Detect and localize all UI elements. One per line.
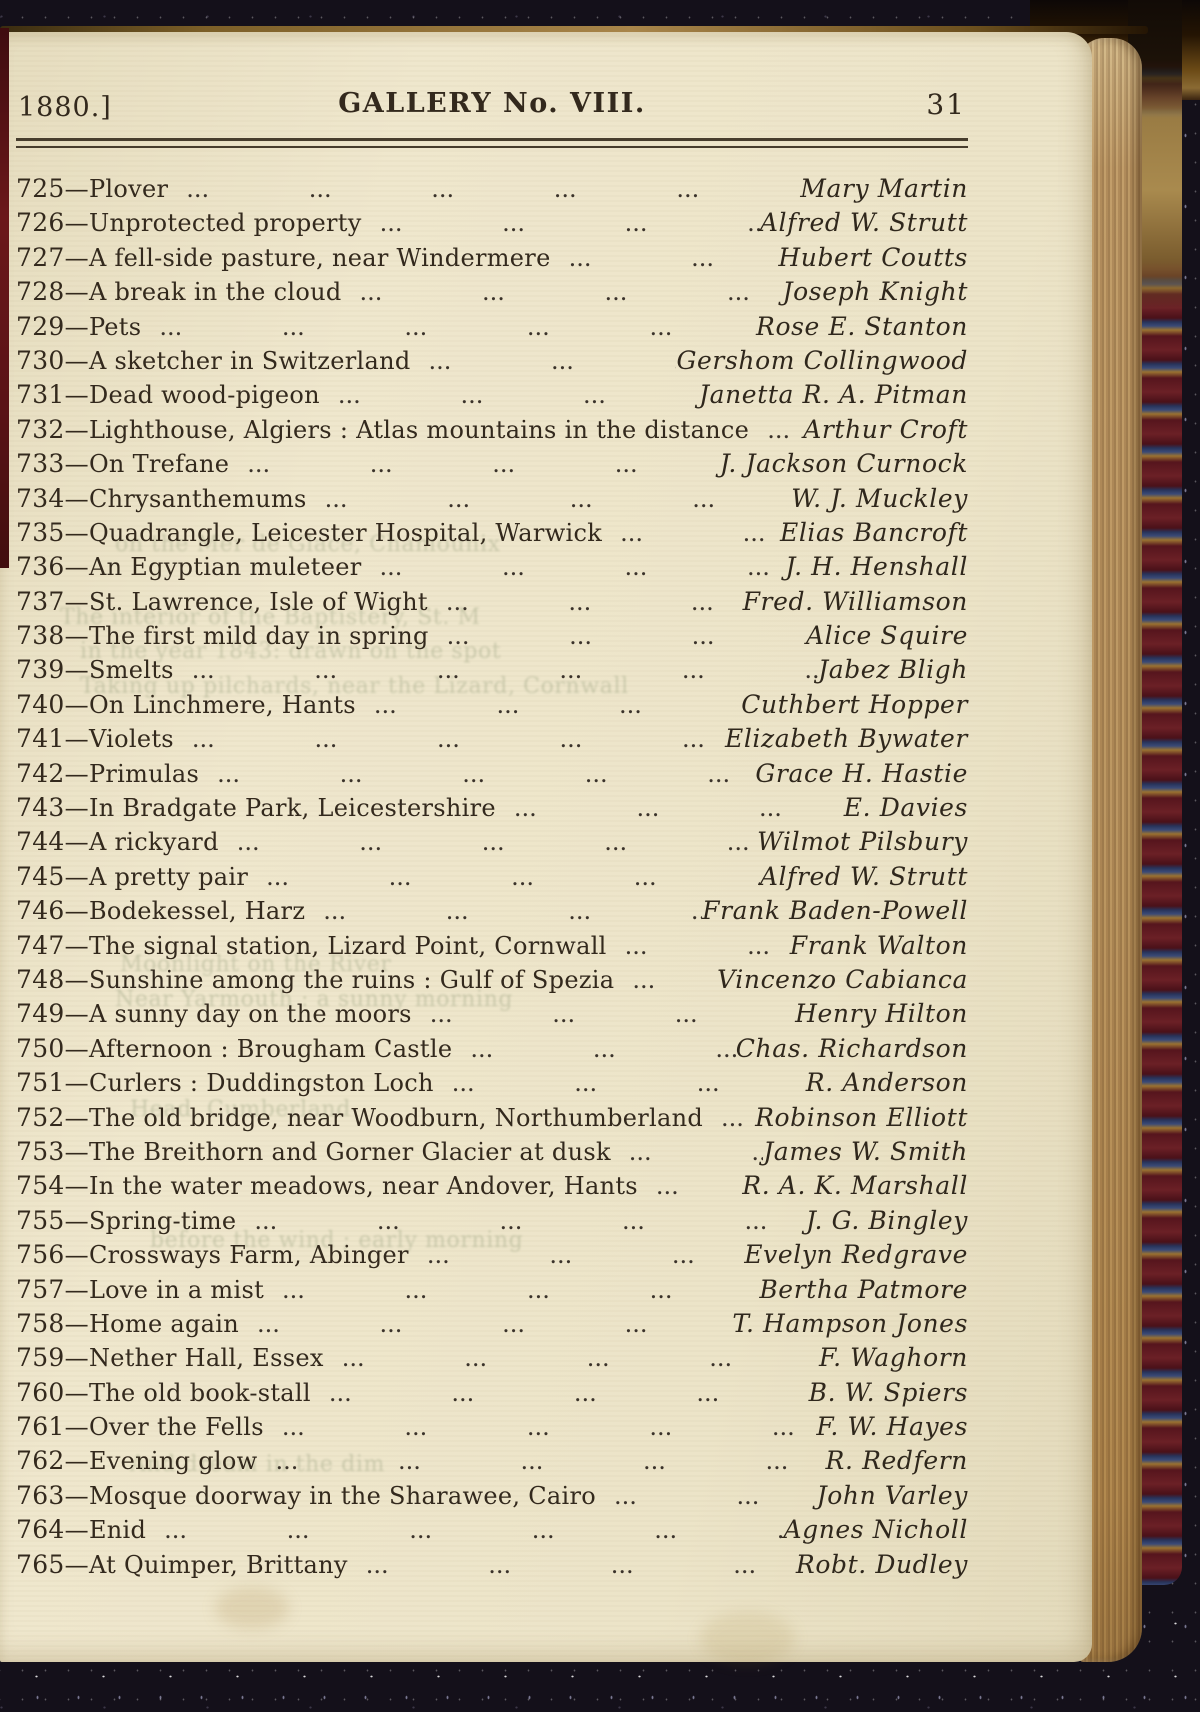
dot-leader: ... ... ... ... ... ... ... ... ... ... xyxy=(305,897,702,925)
dot-leader: ... ... ... ... ... ... ... ... ... ... xyxy=(264,1276,759,1304)
entry-title-group: 751—Curlers : Duddingston Loch xyxy=(16,1068,434,1097)
entry-dash: — xyxy=(65,175,89,203)
entry-number: 736 xyxy=(16,552,65,581)
entry-title-group: 743—In Bradgate Park, Leicestershire xyxy=(16,793,496,822)
entry-dash: — xyxy=(65,656,89,684)
catalogue-entry: 743—In Bradgate Park, Leicestershire ...… xyxy=(16,793,968,827)
entry-dash: — xyxy=(65,760,89,788)
dot-leader: ... ... ... ... ... ... ... ... ... ... xyxy=(409,1241,744,1269)
entry-title: Chrysanthemums xyxy=(89,485,307,513)
catalogue-entry: 733—On Trefane ... ... ... ... ... ... .… xyxy=(16,449,968,483)
entry-title: The old book-stall xyxy=(89,1379,311,1407)
entry-artist: Jabez Bligh xyxy=(818,655,968,684)
entry-artist: R. Redfern xyxy=(826,1446,968,1475)
entry-dash: — xyxy=(65,1104,89,1132)
entry-title-group: 733—On Trefane xyxy=(16,449,229,478)
catalogue-entry: 765—At Quimper, Brittany ... ... ... ...… xyxy=(16,1550,968,1584)
entry-number: 749 xyxy=(16,999,65,1028)
entry-title: Bodekessel, Harz xyxy=(89,897,305,925)
entry-number: 758 xyxy=(16,1309,65,1338)
entry-dash: — xyxy=(65,1379,89,1407)
entry-number: 761 xyxy=(16,1412,65,1441)
entry-dash: — xyxy=(65,932,89,960)
entry-number: 746 xyxy=(16,896,65,925)
entry-title-group: 744—A rickyard xyxy=(16,827,219,856)
entry-number: 731 xyxy=(16,380,65,409)
catalogue-entry: 727—A fell-side pasture, near Windermere… xyxy=(16,243,968,277)
entry-number: 738 xyxy=(16,621,65,650)
dot-leader: ... ... ... ... ... ... ... ... ... ... xyxy=(257,1447,825,1475)
catalogue-entry: 730—A sketcher in Switzerland ... ... ..… xyxy=(16,346,968,380)
catalogue-entry: 753—The Breithorn and Gorner Glacier at … xyxy=(16,1137,968,1171)
dot-leader: ... ... ... ... ... ... ... ... ... ... xyxy=(199,760,755,788)
entry-dash: — xyxy=(65,794,89,822)
entry-number: 765 xyxy=(16,1550,65,1579)
dot-leader: ... ... ... ... ... ... ... ... ... ... xyxy=(307,485,792,513)
entry-dash: — xyxy=(65,725,89,753)
entry-title: A break in the cloud xyxy=(89,278,342,306)
entry-title: Afternoon : Brougham Castle xyxy=(89,1035,452,1063)
entry-artist: J. H. Henshall xyxy=(785,552,968,581)
dot-leader: ... ... ... ... ... ... ... ... ... ... xyxy=(264,1413,817,1441)
entry-number: 737 xyxy=(16,587,65,616)
catalogue-entry: 735—Quadrangle, Leicester Hospital, Warw… xyxy=(16,518,968,552)
catalogue-entry: 759—Nether Hall, Essex ... ... ... ... .… xyxy=(16,1343,968,1377)
entry-title: Curlers : Duddingston Loch xyxy=(89,1069,434,1097)
entry-title: In the water meadows, near Andover, Hant… xyxy=(89,1172,638,1200)
entry-dash: — xyxy=(65,347,89,375)
dot-leader: ... ... ... ... ... ... ... ... ... ... xyxy=(219,828,757,856)
entry-title-group: 739—Smelts xyxy=(16,655,174,684)
entry-title: On Trefane xyxy=(89,450,229,478)
entry-title: Violets xyxy=(89,725,174,753)
entry-title-group: 741—Violets xyxy=(16,724,174,753)
entry-title-group: 732—Lighthouse, Algiers : Atlas mountain… xyxy=(16,415,749,444)
dot-leader: ... ... ... ... ... ... ... ... ... ... xyxy=(638,1172,742,1200)
entry-artist: Wilmot Pilsbury xyxy=(757,827,968,856)
entry-title: Nether Hall, Essex xyxy=(89,1344,324,1372)
entry-title-group: 755—Spring-time xyxy=(16,1206,236,1235)
entry-artist: Bertha Patmore xyxy=(759,1275,968,1304)
entry-number: 729 xyxy=(16,312,65,341)
entry-title-group: 729—Pets xyxy=(16,312,141,341)
entry-dash: — xyxy=(65,588,89,616)
entry-title-group: 740—On Linchmere, Hants xyxy=(16,690,356,719)
entry-artist: James W. Smith xyxy=(763,1137,968,1166)
entry-title-group: 753—The Breithorn and Gorner Glacier at … xyxy=(16,1137,611,1166)
entry-title-group: 764—Enid xyxy=(16,1515,146,1544)
entry-title: Evening glow xyxy=(89,1447,258,1475)
catalogue-entry: 752—The old bridge, near Woodburn, North… xyxy=(16,1103,968,1137)
dot-leader: ... ... ... ... ... ... ... ... ... ... xyxy=(496,794,844,822)
entry-dash: — xyxy=(65,691,89,719)
entry-dash: — xyxy=(65,863,89,891)
entry-number: 753 xyxy=(16,1137,65,1166)
entry-number: 757 xyxy=(16,1275,65,1304)
entry-dash: — xyxy=(65,209,89,237)
entry-number: 754 xyxy=(16,1171,65,1200)
entry-dash: — xyxy=(65,1310,89,1338)
dot-leader: ... ... ... ... ... ... ... ... ... ... xyxy=(236,1207,805,1235)
dot-leader: ... ... ... ... ... ... ... ... ... ... xyxy=(452,1035,735,1063)
catalogue-entry: 749—A sunny day on the moors ... ... ...… xyxy=(16,999,968,1033)
dot-leader: ... ... ... ... ... ... ... ... ... ... xyxy=(749,416,803,444)
entry-title-group: 761—Over the Fells xyxy=(16,1412,264,1441)
entry-title: Spring-time xyxy=(89,1207,236,1235)
header-rule xyxy=(16,138,968,148)
entry-title: At Quimper, Brittany xyxy=(89,1551,348,1579)
entry-artist: Vincenzo Cabianca xyxy=(717,965,968,994)
entry-artist: Henry Hilton xyxy=(795,999,968,1028)
entry-title: The Breithorn and Gorner Glacier at dusk xyxy=(89,1138,611,1166)
dot-leader: ... ... ... ... ... ... ... ... ... ... xyxy=(428,588,743,616)
entry-dash: — xyxy=(65,416,89,444)
entry-artist: Robinson Elliott xyxy=(755,1103,968,1132)
entry-title-group: 731—Dead wood-pigeon xyxy=(16,380,320,409)
entry-number: 759 xyxy=(16,1343,65,1372)
entry-title-group: 734—Chrysanthemums xyxy=(16,484,307,513)
dot-leader: ... ... ... ... ... ... ... ... ... ... xyxy=(429,622,806,650)
catalogue-entry: 740—On Linchmere, Hants ... ... ... ... … xyxy=(16,690,968,724)
entry-artist: John Varley xyxy=(817,1481,968,1510)
entry-artist: Joseph Knight xyxy=(783,277,968,306)
entry-title: A rickyard xyxy=(89,828,219,856)
entry-number: 763 xyxy=(16,1481,65,1510)
entry-title: Over the Fells xyxy=(89,1413,264,1441)
entry-title: Home again xyxy=(89,1310,239,1338)
catalogue-entry: 728—A break in the cloud ... ... ... ...… xyxy=(16,277,968,311)
catalogue-entry: 760—The old book-stall ... ... ... ... .… xyxy=(16,1378,968,1412)
catalogue-entry: 747—The signal station, Lizard Point, Co… xyxy=(16,931,968,965)
dot-leader: ... ... ... ... ... ... ... ... ... ... xyxy=(411,347,677,375)
entry-dash: — xyxy=(65,519,89,547)
entry-dash: — xyxy=(65,1276,89,1304)
entry-number: 740 xyxy=(16,690,65,719)
entry-title-group: 727—A fell-side pasture, near Windermere xyxy=(16,243,551,272)
catalogue-entry: 725—Plover ... ... ... ... ... ... ... .… xyxy=(16,174,968,208)
catalogue-page: on the Mer de Glace, Chamounix The inter… xyxy=(0,32,1092,1662)
entry-artist: Janetta R. A. Pitman xyxy=(699,380,968,409)
entry-number: 756 xyxy=(16,1240,65,1269)
entry-title-group: 745—A pretty pair xyxy=(16,862,248,891)
entry-title-group: 757—Love in a mist xyxy=(16,1275,264,1304)
catalogue-entry: 745—A pretty pair ... ... ... ... ... ..… xyxy=(16,862,968,896)
entry-number: 735 xyxy=(16,518,65,547)
entry-number: 744 xyxy=(16,827,65,856)
entry-title-group: 754—In the water meadows, near Andover, … xyxy=(16,1171,638,1200)
entry-artist: W. J. Muckley xyxy=(791,484,968,513)
entry-artist: F. W. Hayes xyxy=(816,1412,968,1441)
entry-title: Primulas xyxy=(89,760,199,788)
catalogue-entry: 736—An Egyptian muleteer ... ... ... ...… xyxy=(16,552,968,586)
entry-title: On Linchmere, Hants xyxy=(89,691,356,719)
catalogue-entry: 731—Dead wood-pigeon ... ... ... ... ...… xyxy=(16,380,968,414)
entry-dash: — xyxy=(65,553,89,581)
entry-artist: Hubert Coutts xyxy=(778,243,968,272)
entry-artist: Grace H. Hastie xyxy=(755,759,968,788)
dot-leader: ... ... ... ... ... ... ... ... ... ... xyxy=(412,1000,795,1028)
entry-artist: Frank Baden-Powell xyxy=(702,896,968,925)
entry-title-group: 760—The old book-stall xyxy=(16,1378,311,1407)
entry-number: 750 xyxy=(16,1034,65,1063)
entry-title: Quadrangle, Leicester Hospital, Warwick xyxy=(89,519,602,547)
catalogue-entry: 734—Chrysanthemums ... ... ... ... ... .… xyxy=(16,484,968,518)
entry-title-group: 728—A break in the cloud xyxy=(16,277,342,306)
dot-leader: ... ... ... ... ... ... ... ... ... ... xyxy=(168,175,800,203)
entry-title: An Egyptian muleteer xyxy=(89,553,362,581)
entry-dash: — xyxy=(65,1344,89,1372)
catalogue-entry: 750—Afternoon : Brougham Castle ... ... … xyxy=(16,1034,968,1068)
catalogue-entry: 758—Home again ... ... ... ... ... ... .… xyxy=(16,1309,968,1343)
entry-dash: — xyxy=(65,1000,89,1028)
catalogue-entry: 744—A rickyard ... ... ... ... ... ... .… xyxy=(16,827,968,861)
catalogue-entry: 755—Spring-time ... ... ... ... ... ... … xyxy=(16,1206,968,1240)
dot-leader: ... ... ... ... ... ... ... ... ... ... xyxy=(596,1482,817,1510)
entry-number: 755 xyxy=(16,1206,65,1235)
entry-title-group: 747—The signal station, Lizard Point, Co… xyxy=(16,931,607,960)
entry-artist: Alfred W. Strutt xyxy=(760,862,968,891)
entry-title-group: 730—A sketcher in Switzerland xyxy=(16,346,411,375)
catalogue-entry: 751—Curlers : Duddingston Loch ... ... .… xyxy=(16,1068,968,1102)
dot-leader: ... ... ... ... ... ... ... ... ... ... xyxy=(611,1138,763,1166)
entry-title-group: 725—Plover xyxy=(16,174,168,203)
dot-leader: ... ... ... ... ... ... ... ... ... ... xyxy=(342,278,783,306)
entry-dash: — xyxy=(65,1207,89,1235)
entry-title: A sketcher in Switzerland xyxy=(89,347,411,375)
entry-number: 752 xyxy=(16,1103,65,1132)
entry-number: 726 xyxy=(16,208,65,237)
cover-left-edge xyxy=(0,28,9,568)
entry-artist: Alfred W. Strutt xyxy=(760,208,968,237)
entry-artist: Chas. Richardson xyxy=(736,1034,968,1063)
entry-title: Pets xyxy=(89,313,141,341)
dot-leader: ... ... ... ... ... ... ... ... ... ... xyxy=(362,553,786,581)
catalogue-entry: 732—Lighthouse, Algiers : Atlas mountain… xyxy=(16,415,968,449)
entry-title-group: 749—A sunny day on the moors xyxy=(16,999,412,1028)
entry-title-group: 759—Nether Hall, Essex xyxy=(16,1343,324,1372)
entry-title-group: 737—St. Lawrence, Isle of Wight xyxy=(16,587,428,616)
book-photo: on the Mer de Glace, Chamounix The inter… xyxy=(0,0,1200,1712)
entry-artist: Fred. Williamson xyxy=(743,587,968,616)
entry-artist: J. G. Bingley xyxy=(806,1206,968,1235)
entry-number: 734 xyxy=(16,484,65,513)
dot-leader: ... ... ... ... ... ... ... ... ... ... xyxy=(602,519,780,547)
entry-number: 760 xyxy=(16,1378,65,1407)
entry-title: St. Lawrence, Isle of Wight xyxy=(89,588,428,616)
entry-title: A sunny day on the moors xyxy=(89,1000,412,1028)
catalogue-entry: 748—Sunshine among the ruins : Gulf of S… xyxy=(16,965,968,999)
catalogue-entry: 741—Violets ... ... ... ... ... ... ... … xyxy=(16,724,968,758)
entry-number: 727 xyxy=(16,243,65,272)
entry-artist: E. Davies xyxy=(844,793,968,822)
entry-number: 743 xyxy=(16,793,65,822)
entry-number: 747 xyxy=(16,931,65,960)
entry-title-group: 735—Quadrangle, Leicester Hospital, Warw… xyxy=(16,518,602,547)
dot-leader: ... ... ... ... ... ... ... ... ... ... xyxy=(146,1516,783,1544)
dot-leader: ... ... ... ... ... ... ... ... ... ... xyxy=(434,1069,806,1097)
catalogue-entry: 757—Love in a mist ... ... ... ... ... .… xyxy=(16,1275,968,1309)
entry-title-group: 742—Primulas xyxy=(16,759,199,788)
catalogue-entry: 756—Crossways Farm, Abinger ... ... ... … xyxy=(16,1240,968,1274)
entry-artist: Frank Walton xyxy=(790,931,968,960)
entry-number: 762 xyxy=(16,1446,65,1475)
catalogue-entry: 729—Pets ... ... ... ... ... ... ... ...… xyxy=(16,312,968,346)
entry-title-group: 763—Mosque doorway in the Sharawee, Cair… xyxy=(16,1481,596,1510)
entry-artist: Agnes Nicholl xyxy=(783,1515,968,1544)
dot-leader: ... ... ... ... ... ... ... ... ... ... xyxy=(311,1379,809,1407)
dot-leader: ... ... ... ... ... ... ... ... ... ... xyxy=(551,244,779,272)
entry-artist: Mary Martin xyxy=(800,174,968,203)
entry-dash: — xyxy=(65,1413,89,1441)
entry-title-group: 758—Home again xyxy=(16,1309,239,1338)
entry-artist: Arthur Croft xyxy=(803,415,968,444)
entry-dash: — xyxy=(65,450,89,478)
entry-dash: — xyxy=(65,1447,89,1475)
catalogue-entry: 737—St. Lawrence, Isle of Wight ... ... … xyxy=(16,587,968,621)
dot-leader: ... ... ... ... ... ... ... ... ... ... xyxy=(348,1551,796,1579)
dot-leader: ... ... ... ... ... ... ... ... ... ... xyxy=(174,725,725,753)
entry-title: Plover xyxy=(89,175,168,203)
entry-artist: J. Jackson Curnock xyxy=(720,449,968,478)
entry-title-group: 756—Crossways Farm, Abinger xyxy=(16,1240,409,1269)
page-number: 31 xyxy=(926,88,966,121)
catalogue-entry: 762—Evening glow ... ... ... ... ... ...… xyxy=(16,1446,968,1480)
entry-number: 739 xyxy=(16,655,65,684)
entry-artist: T. Hampson Jones xyxy=(732,1309,968,1338)
entry-number: 725 xyxy=(16,174,65,203)
entry-dash: — xyxy=(65,278,89,306)
entry-title-group: 748—Sunshine among the ruins : Gulf of S… xyxy=(16,965,614,994)
entry-number: 732 xyxy=(16,415,65,444)
entry-artist: Alice Squire xyxy=(806,621,968,650)
entry-dash: — xyxy=(65,485,89,513)
entry-number: 730 xyxy=(16,346,65,375)
entry-title: The old bridge, near Woodburn, Northumbe… xyxy=(89,1104,703,1132)
entry-number: 764 xyxy=(16,1515,65,1544)
entry-title: The first mild day in spring xyxy=(89,622,429,650)
entry-dash: — xyxy=(65,1551,89,1579)
dot-leader: ... ... ... ... ... ... ... ... ... ... xyxy=(239,1310,732,1338)
entry-artist: Gershom Collingwood xyxy=(676,346,968,375)
dot-leader: ... ... ... ... ... ... ... ... ... ... xyxy=(703,1104,755,1132)
catalogue-entry: 739—Smelts ... ... ... ... ... ... ... .… xyxy=(16,655,968,689)
entry-artist: F. Waghorn xyxy=(819,1343,968,1372)
entry-artist: Elias Bancroft xyxy=(780,518,968,547)
dot-leader: ... ... ... ... ... ... ... ... ... ... xyxy=(614,966,717,994)
entry-number: 728 xyxy=(16,277,65,306)
dot-leader: ... ... ... ... ... ... ... ... ... ... xyxy=(141,313,756,341)
dot-leader: ... ... ... ... ... ... ... ... ... ... xyxy=(356,691,741,719)
entry-dash: — xyxy=(65,828,89,856)
catalogue-entry: 754—In the water meadows, near Andover, … xyxy=(16,1171,968,1205)
entry-artist: Rose E. Stanton xyxy=(756,312,968,341)
entry-title: Dead wood-pigeon xyxy=(89,381,320,409)
entry-title: Unprotected property xyxy=(89,209,362,237)
entry-number: 745 xyxy=(16,862,65,891)
entry-title: Mosque doorway in the Sharawee, Cairo xyxy=(89,1482,596,1510)
catalogue-entry: 763—Mosque doorway in the Sharawee, Cair… xyxy=(16,1481,968,1515)
entry-dash: — xyxy=(65,1035,89,1063)
gallery-title: GALLERY No. VIII. xyxy=(16,88,968,119)
dot-leader: ... ... ... ... ... ... ... ... ... ... xyxy=(229,450,720,478)
entry-number: 748 xyxy=(16,965,65,994)
entry-title: A pretty pair xyxy=(89,863,248,891)
entry-dash: — xyxy=(65,313,89,341)
entry-dash: — xyxy=(65,897,89,925)
entry-title-group: 736—An Egyptian muleteer xyxy=(16,552,362,581)
entry-number: 751 xyxy=(16,1068,65,1097)
entry-dash: — xyxy=(65,1241,89,1269)
entry-artist: R. A. K. Marshall xyxy=(742,1171,968,1200)
entry-title: In Bradgate Park, Leicestershire xyxy=(89,794,496,822)
entry-title-group: 752—The old bridge, near Woodburn, North… xyxy=(16,1103,703,1132)
stain-mark xyxy=(700,1612,795,1664)
entry-dash: — xyxy=(65,244,89,272)
catalogue-entry: 761—Over the Fells ... ... ... ... ... .… xyxy=(16,1412,968,1446)
entry-title: Lighthouse, Algiers : Atlas mountains in… xyxy=(89,416,749,444)
entry-title: The signal station, Lizard Point, Cornwa… xyxy=(89,932,607,960)
entry-dash: — xyxy=(65,1069,89,1097)
entry-title: Sunshine among the ruins : Gulf of Spezi… xyxy=(89,966,614,994)
entry-dash: — xyxy=(65,1172,89,1200)
catalogue-entry: 764—Enid ... ... ... ... ... ... ... ...… xyxy=(16,1515,968,1549)
dot-leader: ... ... ... ... ... ... ... ... ... ... xyxy=(362,209,760,237)
entry-number: 733 xyxy=(16,449,65,478)
entry-title: Crossways Farm, Abinger xyxy=(89,1241,409,1269)
entry-dash: — xyxy=(65,1482,89,1510)
catalogue-entry: 726—Unprotected property ... ... ... ...… xyxy=(16,208,968,242)
entry-title: Love in a mist xyxy=(89,1276,264,1304)
dot-leader: ... ... ... ... ... ... ... ... ... ... xyxy=(320,381,699,409)
entry-artist: Evelyn Redgrave xyxy=(744,1240,968,1269)
entry-title: Smelts xyxy=(89,656,174,684)
catalogue-entry: 738—The first mild day in spring ... ...… xyxy=(16,621,968,655)
entry-artist: Cuthbert Hopper xyxy=(741,690,968,719)
edition-year: 1880.] xyxy=(18,92,112,123)
entry-number: 742 xyxy=(16,759,65,788)
entry-title-group: 726—Unprotected property xyxy=(16,208,362,237)
entry-dash: — xyxy=(65,966,89,994)
stain-mark xyxy=(215,1587,289,1629)
entry-dash: — xyxy=(65,1138,89,1166)
entry-artist: Elizabeth Bywater xyxy=(725,724,968,753)
entry-dash: — xyxy=(65,1516,89,1544)
entry-number: 741 xyxy=(16,724,65,753)
catalogue-entry: 742—Primulas ... ... ... ... ... ... ...… xyxy=(16,759,968,793)
entry-dash: — xyxy=(65,622,89,650)
entry-artist: Robt. Dudley xyxy=(796,1550,968,1579)
dot-leader: ... ... ... ... ... ... ... ... ... ... xyxy=(324,1344,819,1372)
entry-title-group: 738—The first mild day in spring xyxy=(16,621,429,650)
catalogue-list: 725—Plover ... ... ... ... ... ... ... .… xyxy=(16,174,968,1584)
entry-title-group: 765—At Quimper, Brittany xyxy=(16,1550,348,1579)
entry-title-group: 746—Bodekessel, Harz xyxy=(16,896,305,925)
entry-title: Enid xyxy=(89,1516,146,1544)
page-content: 1880.] GALLERY No. VIII. 31 725—Plover .… xyxy=(16,88,968,1584)
catalogue-entry: 746—Bodekessel, Harz ... ... ... ... ...… xyxy=(16,896,968,930)
dot-leader: ... ... ... ... ... ... ... ... ... ... xyxy=(607,932,790,960)
entry-dash: — xyxy=(65,381,89,409)
entry-title-group: 762—Evening glow xyxy=(16,1446,257,1475)
entry-title: A fell-side pasture, near Windermere xyxy=(89,244,551,272)
entry-artist: B. W. Spiers xyxy=(809,1378,968,1407)
entry-title-group: 750—Afternoon : Brougham Castle xyxy=(16,1034,452,1063)
dot-leader: ... ... ... ... ... ... ... ... ... ... xyxy=(174,656,818,684)
page-header: 1880.] GALLERY No. VIII. 31 xyxy=(16,88,968,128)
dot-leader: ... ... ... ... ... ... ... ... ... ... xyxy=(248,863,760,891)
entry-artist: R. Anderson xyxy=(806,1068,968,1097)
